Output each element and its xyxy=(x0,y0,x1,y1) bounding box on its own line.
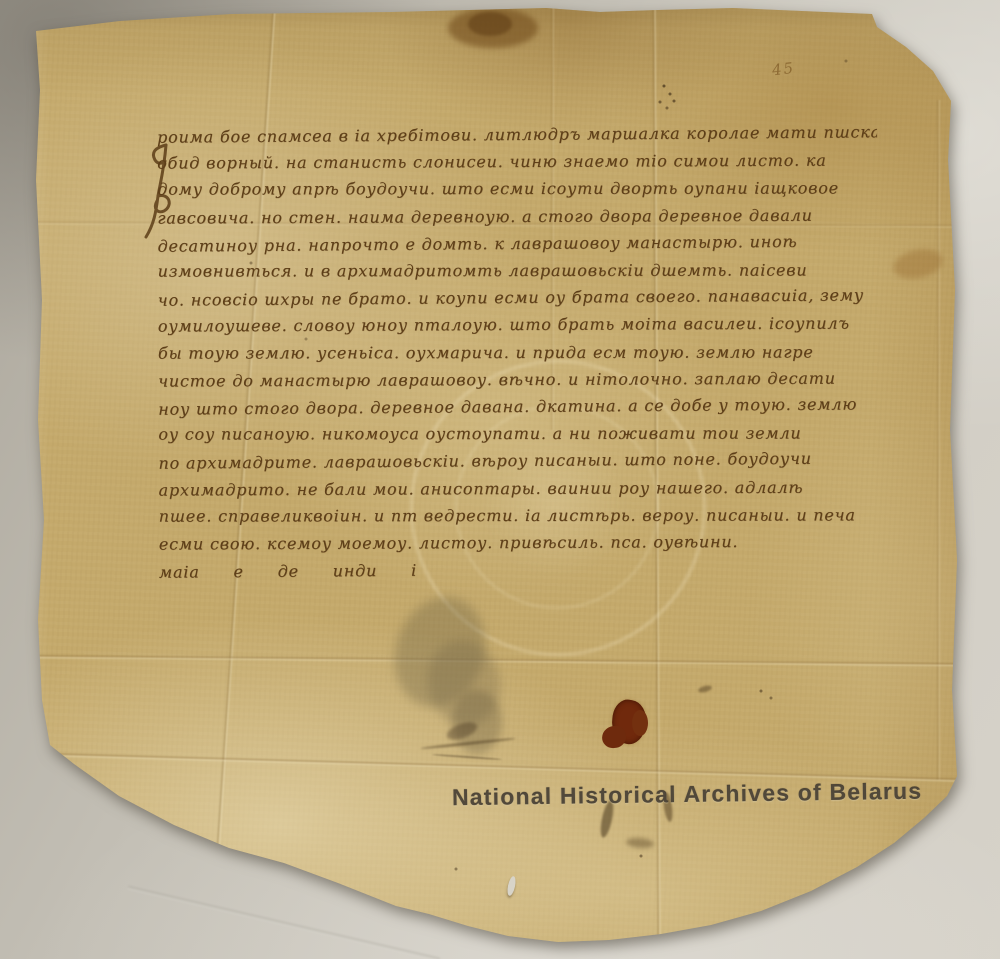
fold-crease-horizontal-lower xyxy=(46,752,961,783)
smudge-streak-2 xyxy=(432,754,502,761)
manuscript-line-9: бы тоую землю. усеньіса. оухмарича. и пр… xyxy=(158,338,878,366)
manuscript-line-15: пшее. справеликвоіин. и пт ведрести. іа … xyxy=(159,501,879,529)
manuscript-line-7: чо. нсовсіо шхры пе брато. и коупи есми … xyxy=(158,282,878,315)
manuscript-line-5: десатиноу рна. напрочто е домть. к лавра… xyxy=(157,227,877,260)
fold-crease-horizontal-middle xyxy=(36,654,958,667)
manuscript-line-6: измовнивться. и в архимадритомть лаврашо… xyxy=(158,256,878,284)
manuscript-line-13: по архимадрите. лаврашовьскіи. вѣроу пис… xyxy=(158,445,878,478)
photo-backdrop: роима бое спамсеа в іа хребітови. литлюд… xyxy=(0,0,1000,959)
ink-stain-top-edge-core xyxy=(468,12,512,36)
manuscript-line-1: роима бое спамсеа в іа хребітови. литлюд… xyxy=(157,118,877,151)
parchment-slit xyxy=(506,875,517,896)
parchment-document: роима бое спамсеа в іа хребітови. литлюд… xyxy=(0,0,1000,959)
manuscript-line-17: маіа е де инди і xyxy=(159,554,879,587)
manuscript-line-8: оумилоушеве. словоу юноу пталоую. што бр… xyxy=(158,310,878,340)
ink-specks xyxy=(0,0,2,2)
manuscript-line-4: гавсовича. но стен. наима деревноую. а с… xyxy=(157,201,877,231)
manuscript-line-10: чистое до манастырю лаврашовоу. вѣчно. и… xyxy=(158,364,878,394)
manuscript-line-14: архимадрито. не бали мои. анисоптары. ва… xyxy=(159,473,879,503)
parchment-hole-lobe-right xyxy=(632,710,648,736)
manuscript-text: роима бое спамсеа в іа хребітови. литлюд… xyxy=(157,119,879,585)
archive-watermark: National Historical Archives of Belarus xyxy=(452,778,923,812)
manuscript-line-11: ноу што стого двора. деревное давана. дк… xyxy=(158,390,878,423)
drip-stain-4 xyxy=(697,684,712,693)
drip-stain-3 xyxy=(626,837,655,849)
manuscript-line-3: дому доброму апрѣ боудоучи. што есми ісо… xyxy=(157,175,877,203)
manuscript-line-12: оу соу писаноую. никомоуса оустоупати. а… xyxy=(158,420,878,448)
folio-number: 45 xyxy=(771,59,796,80)
fold-crease-vertical-right xyxy=(936,100,941,780)
parchment-wrapper: роима бое спамсеа в іа хребітови. литлюд… xyxy=(0,0,1000,959)
manuscript-line-2: обид ворный. на станисть слонисеи. чиню … xyxy=(157,147,877,177)
